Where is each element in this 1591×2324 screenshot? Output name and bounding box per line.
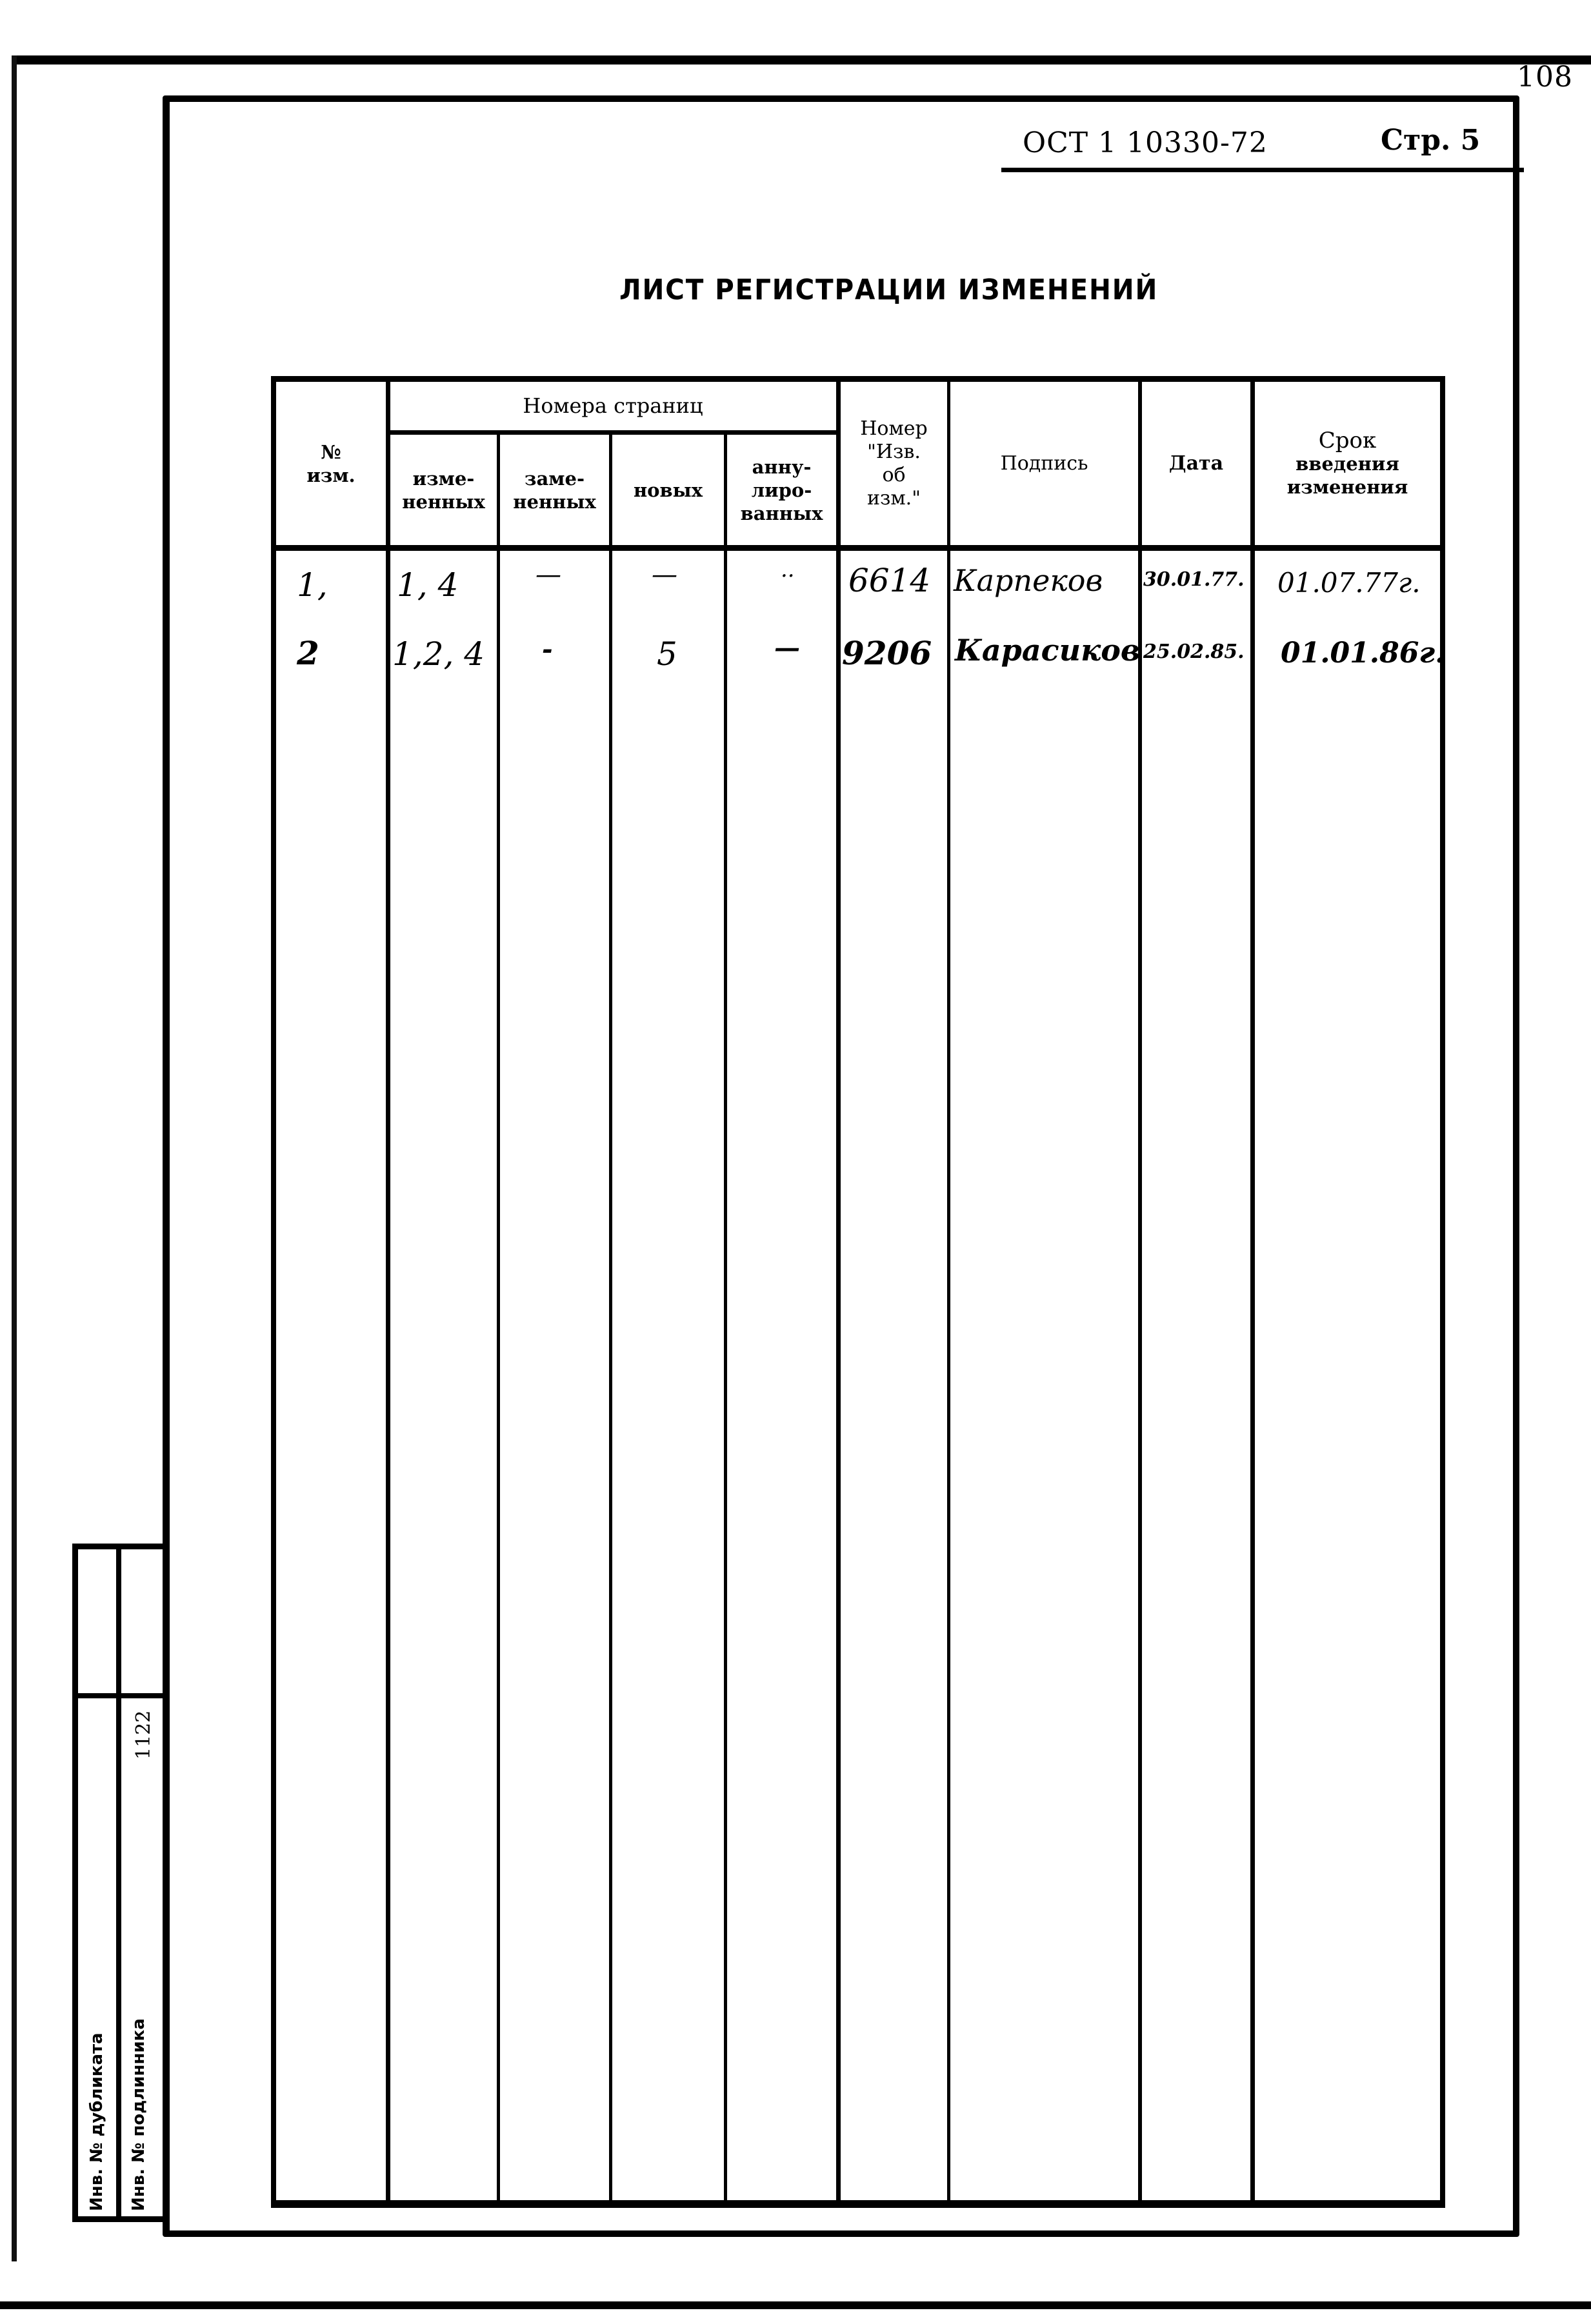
- column-header-replaced-pages: заме- ненных: [500, 435, 609, 545]
- column-divider-8: [1250, 376, 1255, 2208]
- column-header-new-pages: новых: [612, 435, 724, 545]
- header-line: об: [882, 464, 905, 487]
- outer-frame-left-border: [12, 55, 17, 2261]
- outer-frame-bottom-border: [0, 2301, 1591, 2309]
- header-line: введения: [1296, 452, 1399, 475]
- header-line: изме-: [413, 467, 475, 490]
- column-divider-2: [497, 433, 500, 2208]
- column-header-changed-pages: изме- ненных: [390, 435, 497, 545]
- duplicate-inventory-label: Инв. № дубликата: [87, 2032, 106, 2211]
- group-header-page-numbers: Номера страниц: [390, 380, 836, 432]
- cell-cancelled-pages: ··: [781, 563, 795, 589]
- column-divider-5: [836, 376, 841, 2208]
- cell-changed-pages: 1, 4: [397, 566, 458, 604]
- header-line: ванных: [741, 502, 823, 525]
- cell-change-no: 1,: [297, 566, 328, 604]
- cell-effective-date: 01.01.86г.: [1281, 637, 1445, 670]
- header-line: ненных: [513, 490, 596, 513]
- cell-notice-number: 6614: [848, 562, 930, 599]
- column-divider-4: [724, 433, 727, 2208]
- column-header-change-no: № изм.: [276, 382, 386, 545]
- cell-new-pages: —: [652, 560, 677, 590]
- group-header-label: Номера страниц: [523, 394, 703, 417]
- header-line: изменения: [1287, 475, 1408, 499]
- original-inventory-number: 1122: [132, 1711, 155, 1760]
- header-line: заме-: [525, 467, 585, 490]
- header-line: №: [321, 441, 341, 464]
- column-header-date: Дата: [1142, 382, 1250, 545]
- column-divider-3: [609, 433, 612, 2208]
- cell-cancelled-pages: —: [774, 633, 800, 663]
- page-title: ЛИСТ РЕГИСТРАЦИИ ИЗМЕНЕНИЙ: [619, 273, 1158, 306]
- cell-new-pages: 5: [657, 635, 677, 673]
- header-line: Номер: [860, 417, 928, 441]
- header-line: ненных: [402, 490, 485, 513]
- header-line: изм.: [306, 464, 355, 487]
- column-header-notice-number: Номер "Изв. об изм.": [841, 382, 947, 545]
- header-bottom-line: [271, 545, 1445, 551]
- header-line: анну-: [752, 455, 812, 479]
- cell-date: 30.01.77.: [1143, 568, 1245, 591]
- cell-date: 25.02.85.: [1143, 641, 1245, 663]
- cell-replaced-pages: -: [542, 634, 553, 664]
- cell-change-no: 2: [297, 634, 319, 672]
- header-line: Подпись: [1001, 452, 1088, 475]
- column-divider-6: [947, 376, 950, 2208]
- header-line: "Изв.: [867, 441, 921, 464]
- change-registration-table: Номера страниц № изм. изме- ненных заме-…: [271, 376, 1445, 2208]
- document-code-underline: [1001, 168, 1524, 172]
- document-page-number: Стр. 5: [1381, 124, 1480, 157]
- inventory-stamp-divider-vertical: [116, 1544, 121, 2222]
- header-line: новых: [634, 479, 703, 502]
- table-border-bottom: [271, 2200, 1445, 2208]
- inventory-stamp-divider-horizontal: [72, 1693, 166, 1698]
- sheet-number: 108: [1517, 61, 1573, 94]
- column-header-effective-date: Срок введения изменения: [1255, 382, 1440, 545]
- header-line: Дата: [1169, 452, 1223, 475]
- original-inventory-label: Инв. № подлинника: [129, 2018, 148, 2211]
- table-border-left: [271, 376, 276, 2208]
- column-header-signature: Подпись: [950, 382, 1138, 545]
- header-line: лиро-: [752, 479, 812, 502]
- header-line: Срок: [1319, 429, 1377, 452]
- document-code: ОСТ 1 10330-72: [1023, 126, 1268, 159]
- outer-frame-top-border: [12, 55, 1591, 65]
- header-line: изм.": [867, 487, 921, 510]
- column-divider-1: [386, 376, 390, 2208]
- cell-replaced-pages: —: [535, 560, 561, 590]
- column-header-cancelled-pages: анну- лиро- ванных: [727, 435, 836, 545]
- cell-signature: Карасиков: [955, 633, 1140, 668]
- cell-changed-pages: 1,2, 4: [392, 635, 485, 673]
- cell-signature: Карпеков: [954, 563, 1103, 598]
- cell-notice-number: 9206: [842, 634, 932, 672]
- cell-effective-date: 01.07.77г.: [1277, 567, 1421, 599]
